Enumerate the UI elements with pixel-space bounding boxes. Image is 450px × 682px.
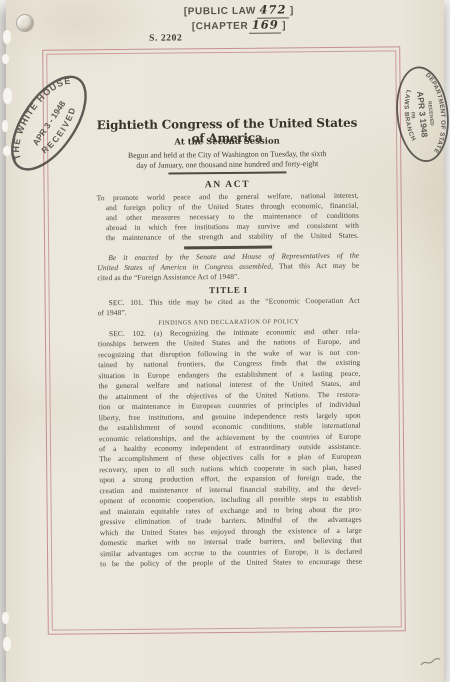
state-dept-received-stamp: DEPARTMENT OF STATE LAWS BRANCH RECEIVED… <box>384 62 450 168</box>
section-101: SEC. 101. This title may be cited as the… <box>98 296 360 319</box>
chapter-line: [CHAPTER169] <box>37 17 441 36</box>
act-preamble: To promote world peace and the general w… <box>97 191 359 244</box>
public-law-suffix: ] <box>290 5 294 16</box>
stamp-initials: PB <box>409 112 416 120</box>
begun-and-held-lines: Begun and held at the City of Washington… <box>96 149 358 172</box>
state-dept-stamp-graphic: DEPARTMENT OF STATE LAWS BRANCH RECEIVED… <box>389 62 450 167</box>
document-page: [PUBLIC LAW472] [CHAPTER169] S. 2202 Eig… <box>6 0 444 682</box>
chapter-suffix: ] <box>282 20 286 31</box>
chapter-prefix: [CHAPTER <box>192 21 249 33</box>
chapter-number-slot: 169 <box>249 18 281 33</box>
text-column: Eightieth Congress of the United States … <box>95 0 357 1</box>
public-law-number-handwritten: 472 <box>259 2 286 16</box>
public-law-prefix: [PUBLIC LAW <box>184 6 256 18</box>
law-chapter-stamp: [PUBLIC LAW472] [CHAPTER169] <box>3 2 441 36</box>
public-law-number-slot: 472 <box>257 3 289 18</box>
pencil-mark <box>419 655 441 673</box>
enacting-clause: Be it enacted by the Senate and House of… <box>97 251 359 284</box>
section-102: SEC. 102. (a) Recognizing the intimate e… <box>98 327 362 570</box>
chapter-number-handwritten: 169 <box>252 17 279 31</box>
bill-number: S. 2202 <box>149 33 182 43</box>
